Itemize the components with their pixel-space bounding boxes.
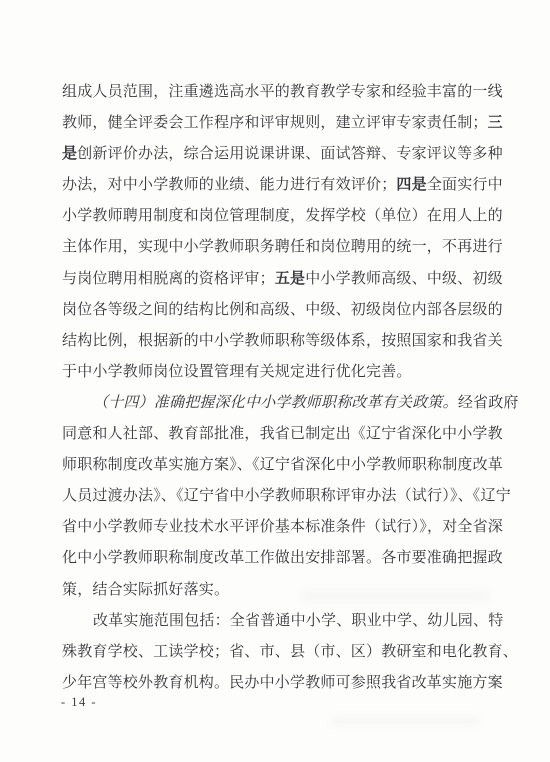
text-segment: 师职称制度改革实施方案》、《辽宁省深化中小学教师职称制度改革 bbox=[62, 457, 503, 473]
text-segment: 与岗位聘用相脱离的资格评审； bbox=[62, 271, 275, 287]
text-line: 人员过渡办法》、《辽宁省中小学教师职称评审办法（试行）》、《辽宁 bbox=[62, 481, 494, 512]
text-line: 办法，对中小学教师的业绩、能力进行有效评价；四是全面实行中 bbox=[62, 170, 494, 201]
text-line: 化中小学教师职称制度改革工作做出安排部署。各市要准确把握政 bbox=[62, 543, 494, 574]
text-segment: 小学教师聘用制度和岗位管理制度，发挥学校（单位）在用人上的 bbox=[62, 208, 503, 224]
text-line: 教师，健全评委会工作程序和评审规则，建立评审专家责任制；三 bbox=[62, 108, 494, 139]
text-segment: 省中小学教师专业技术水平评价基本标准条件（试行）》，对全省深 bbox=[62, 519, 503, 535]
text-line: 组成人员范围，注重遴选高水平的教育教学专家和经验丰富的一线 bbox=[62, 77, 494, 108]
text-segment: 主体作用，实现中小学教师职务聘任和岗位聘用的统一，不再进行 bbox=[62, 239, 503, 255]
text-line: 策，结合实际抓好落实。 bbox=[62, 575, 494, 606]
text-segment: 三 bbox=[488, 115, 503, 131]
scan-bleed-smudge bbox=[330, 716, 480, 726]
page-number: - 14 - bbox=[61, 695, 97, 710]
text-segment: 创新评价办法，综合运用说课讲课、面试答辩、专家评议等多种 bbox=[77, 146, 503, 162]
text-segment: 于中小学教师岗位设置管理有关规定进行优化完善。 bbox=[62, 364, 412, 380]
text-line: 殊教育学校、工读学校；省、市、县（市、区）教研室和电化教育、 bbox=[62, 637, 494, 668]
text-line: 省中小学教师专业技术水平评价基本标准条件（试行）》，对全省深 bbox=[62, 512, 494, 543]
text-line: 岗位各等级之间的结构比例和高级、中级、初级岗位内部各层级的 bbox=[62, 295, 494, 326]
document-body: 组成人员范围，注重遴选高水平的教育教学专家和经验丰富的一线教师，健全评委会工作程… bbox=[62, 77, 494, 699]
text-line: 改革实施范围包括：全省普通中小学、职业中学、幼儿园、特 bbox=[62, 606, 494, 637]
document-page: 组成人员范围，注重遴选高水平的教育教学专家和经验丰富的一线教师，健全评委会工作程… bbox=[0, 0, 550, 762]
text-line: 于中小学教师岗位设置管理有关规定进行优化完善。 bbox=[62, 357, 494, 388]
text-segment: 办法，对中小学教师的业绩、能力进行有效评价； bbox=[62, 177, 396, 193]
text-segment: 少年宫等校外教育机构。民办中小学教师可参照我省改革实施方案 bbox=[62, 675, 503, 691]
text-segment: 教师，健全评委会工作程序和评审规则，建立评审专家责任制； bbox=[62, 115, 488, 131]
text-line: 少年宫等校外教育机构。民办中小学教师可参照我省改革实施方案 bbox=[62, 668, 494, 699]
text-line: 师职称制度改革实施方案》、《辽宁省深化中小学教师职称制度改革 bbox=[62, 450, 494, 481]
text-line: 小学教师聘用制度和岗位管理制度，发挥学校（单位）在用人上的 bbox=[62, 201, 494, 232]
text-line: 主体作用，实现中小学教师职务聘任和岗位聘用的统一，不再进行 bbox=[62, 232, 494, 263]
text-line: 是创新评价办法，综合运用说课讲课、面试答辩、专家评议等多种 bbox=[62, 139, 494, 170]
text-segment: 组成人员范围，注重遴选高水平的教育教学专家和经验丰富的一线 bbox=[62, 84, 503, 100]
text-segment: 是 bbox=[62, 146, 77, 162]
text-segment: 经省政府 bbox=[458, 395, 519, 411]
text-segment: （十四）准确把握深化中小学教师职称改革有关政策。 bbox=[93, 395, 458, 411]
text-segment: 中小学教师高级、中级、初级 bbox=[305, 271, 503, 287]
text-segment: 岗位各等级之间的结构比例和高级、中级、初级岗位内部各层级的 bbox=[62, 302, 503, 318]
text-segment: 五是 bbox=[275, 271, 305, 287]
text-line: 与岗位聘用相脱离的资格评审；五是中小学教师高级、中级、初级 bbox=[62, 264, 494, 295]
text-line: （十四）准确把握深化中小学教师职称改革有关政策。经省政府 bbox=[62, 388, 494, 419]
text-line: 结构比例，根据新的中小学教师职称等级体系，按照国家和我省关 bbox=[62, 326, 494, 357]
text-segment: 人员过渡办法》、《辽宁省中小学教师职称评审办法（试行）》、《辽宁 bbox=[62, 488, 511, 504]
text-segment: 殊教育学校、工读学校；省、市、县（市、区）教研室和电化教育、 bbox=[62, 644, 518, 660]
text-segment: 结构比例，根据新的中小学教师职称等级体系，按照国家和我省关 bbox=[62, 333, 503, 349]
text-segment: 改革实施范围包括：全省普通中小学、职业中学、幼儿园、特 bbox=[93, 613, 503, 629]
text-segment: 同意和人社部、教育部批准，我省已制定出《辽宁省深化中小学教 bbox=[62, 426, 503, 442]
text-segment: 策，结合实际抓好落实。 bbox=[62, 582, 229, 598]
text-segment: 四是 bbox=[396, 177, 426, 193]
text-line: 同意和人社部、教育部批准，我省已制定出《辽宁省深化中小学教 bbox=[62, 419, 494, 450]
text-segment: 化中小学教师职称制度改革工作做出安排部署。各市要准确把握政 bbox=[62, 550, 503, 566]
text-segment: 全面实行中 bbox=[427, 177, 503, 193]
